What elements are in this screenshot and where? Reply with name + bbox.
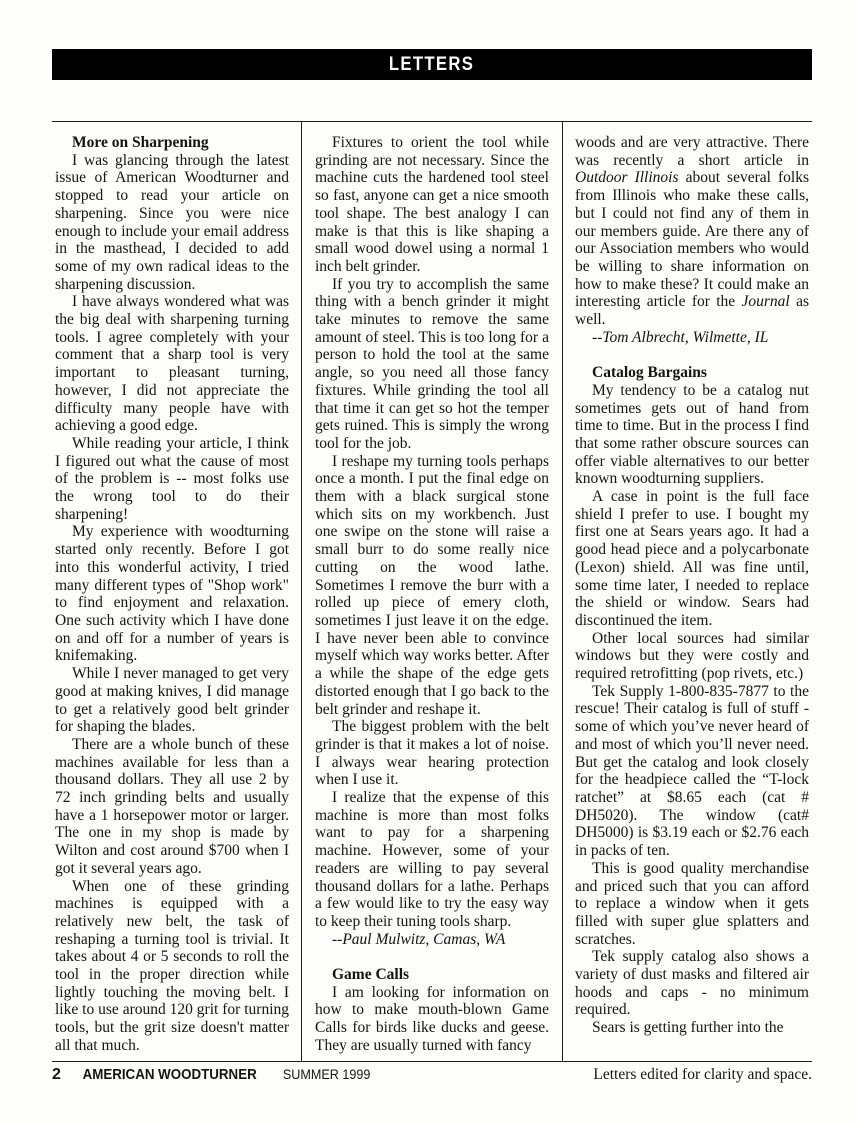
paragraph: I have always wondered what was the big … [55,293,289,435]
paragraph: A case in point is the full face shield … [575,488,809,630]
paragraph-run: about several folks from Illinois who ma… [575,169,809,310]
page-title: LETTERS [389,54,474,76]
column-3: woods and are very attractive. There was… [563,122,812,1061]
page-number: 2 [52,1066,61,1084]
paragraph: If you try to accomplish the same thing … [315,276,549,453]
magazine-page: LETTERS More on Sharpening I was glancin… [0,0,856,1124]
paragraph: I reshape my turning tools perhaps once … [315,453,549,719]
paragraph: My tendency to be a catalog nut sometime… [575,382,809,488]
paragraph-run: woods and are very attractive. There was… [575,134,809,169]
paragraph: Tek supply catalog also shows a variety … [575,948,809,1019]
letter-heading-more-on-sharpening: More on Sharpening [55,134,289,152]
letter-signature: --Tom Albrecht, Wilmette, IL [575,329,809,347]
paragraph: The biggest problem with the belt grinde… [315,718,549,789]
page-footer: 2 AMERICAN WOODTURNER SUMMER 1999 Letter… [52,1066,812,1084]
italic-publication-name: Journal [742,293,790,310]
paragraph: Other local sources had similar windows … [575,630,809,683]
letters-banner: LETTERS [52,49,812,80]
issue-date: SUMMER 1999 [283,1066,371,1082]
paragraph: My experience with woodturning started o… [55,523,289,665]
paragraph: Tek Supply 1-800-835-7877 to the rescue!… [575,683,809,860]
letter-heading-catalog-bargains: Catalog Bargains [575,364,809,382]
letter-heading-game-calls: Game Calls [315,966,549,984]
paragraph: Fixtures to orient the tool while grindi… [315,134,549,276]
publication-name: AMERICAN WOODTURNER [82,1067,256,1083]
letter-signature: --Paul Mulwitz, Camas, WA [315,931,549,949]
column-1: More on Sharpening I was glancing throug… [52,122,301,1061]
paragraph: I realize that the expense of this machi… [315,789,549,931]
paragraph: While reading your article, I think I fi… [55,435,289,524]
paragraph: There are a whole bunch of these machine… [55,736,289,878]
paragraph: This is good quality merchandise and pri… [575,860,809,949]
paragraph: When one of these grinding machines is e… [55,878,289,1055]
column-2: Fixtures to orient the tool while grindi… [301,122,563,1061]
paragraph: I am looking for information on how to m… [315,984,549,1055]
paragraph: woods and are very attractive. There was… [575,134,809,329]
three-column-text-area: More on Sharpening I was glancing throug… [52,121,812,1062]
paragraph: While I never managed to get very good a… [55,665,289,736]
paragraph: I was glancing through the latest issue … [55,152,289,294]
footer-left-group: 2 AMERICAN WOODTURNER SUMMER 1999 [52,1066,375,1084]
footer-note: Letters edited for clarity and space. [593,1066,812,1084]
italic-publication-name: Outdoor Illinois [575,169,679,186]
paragraph: Sears is getting further into the [575,1019,809,1037]
